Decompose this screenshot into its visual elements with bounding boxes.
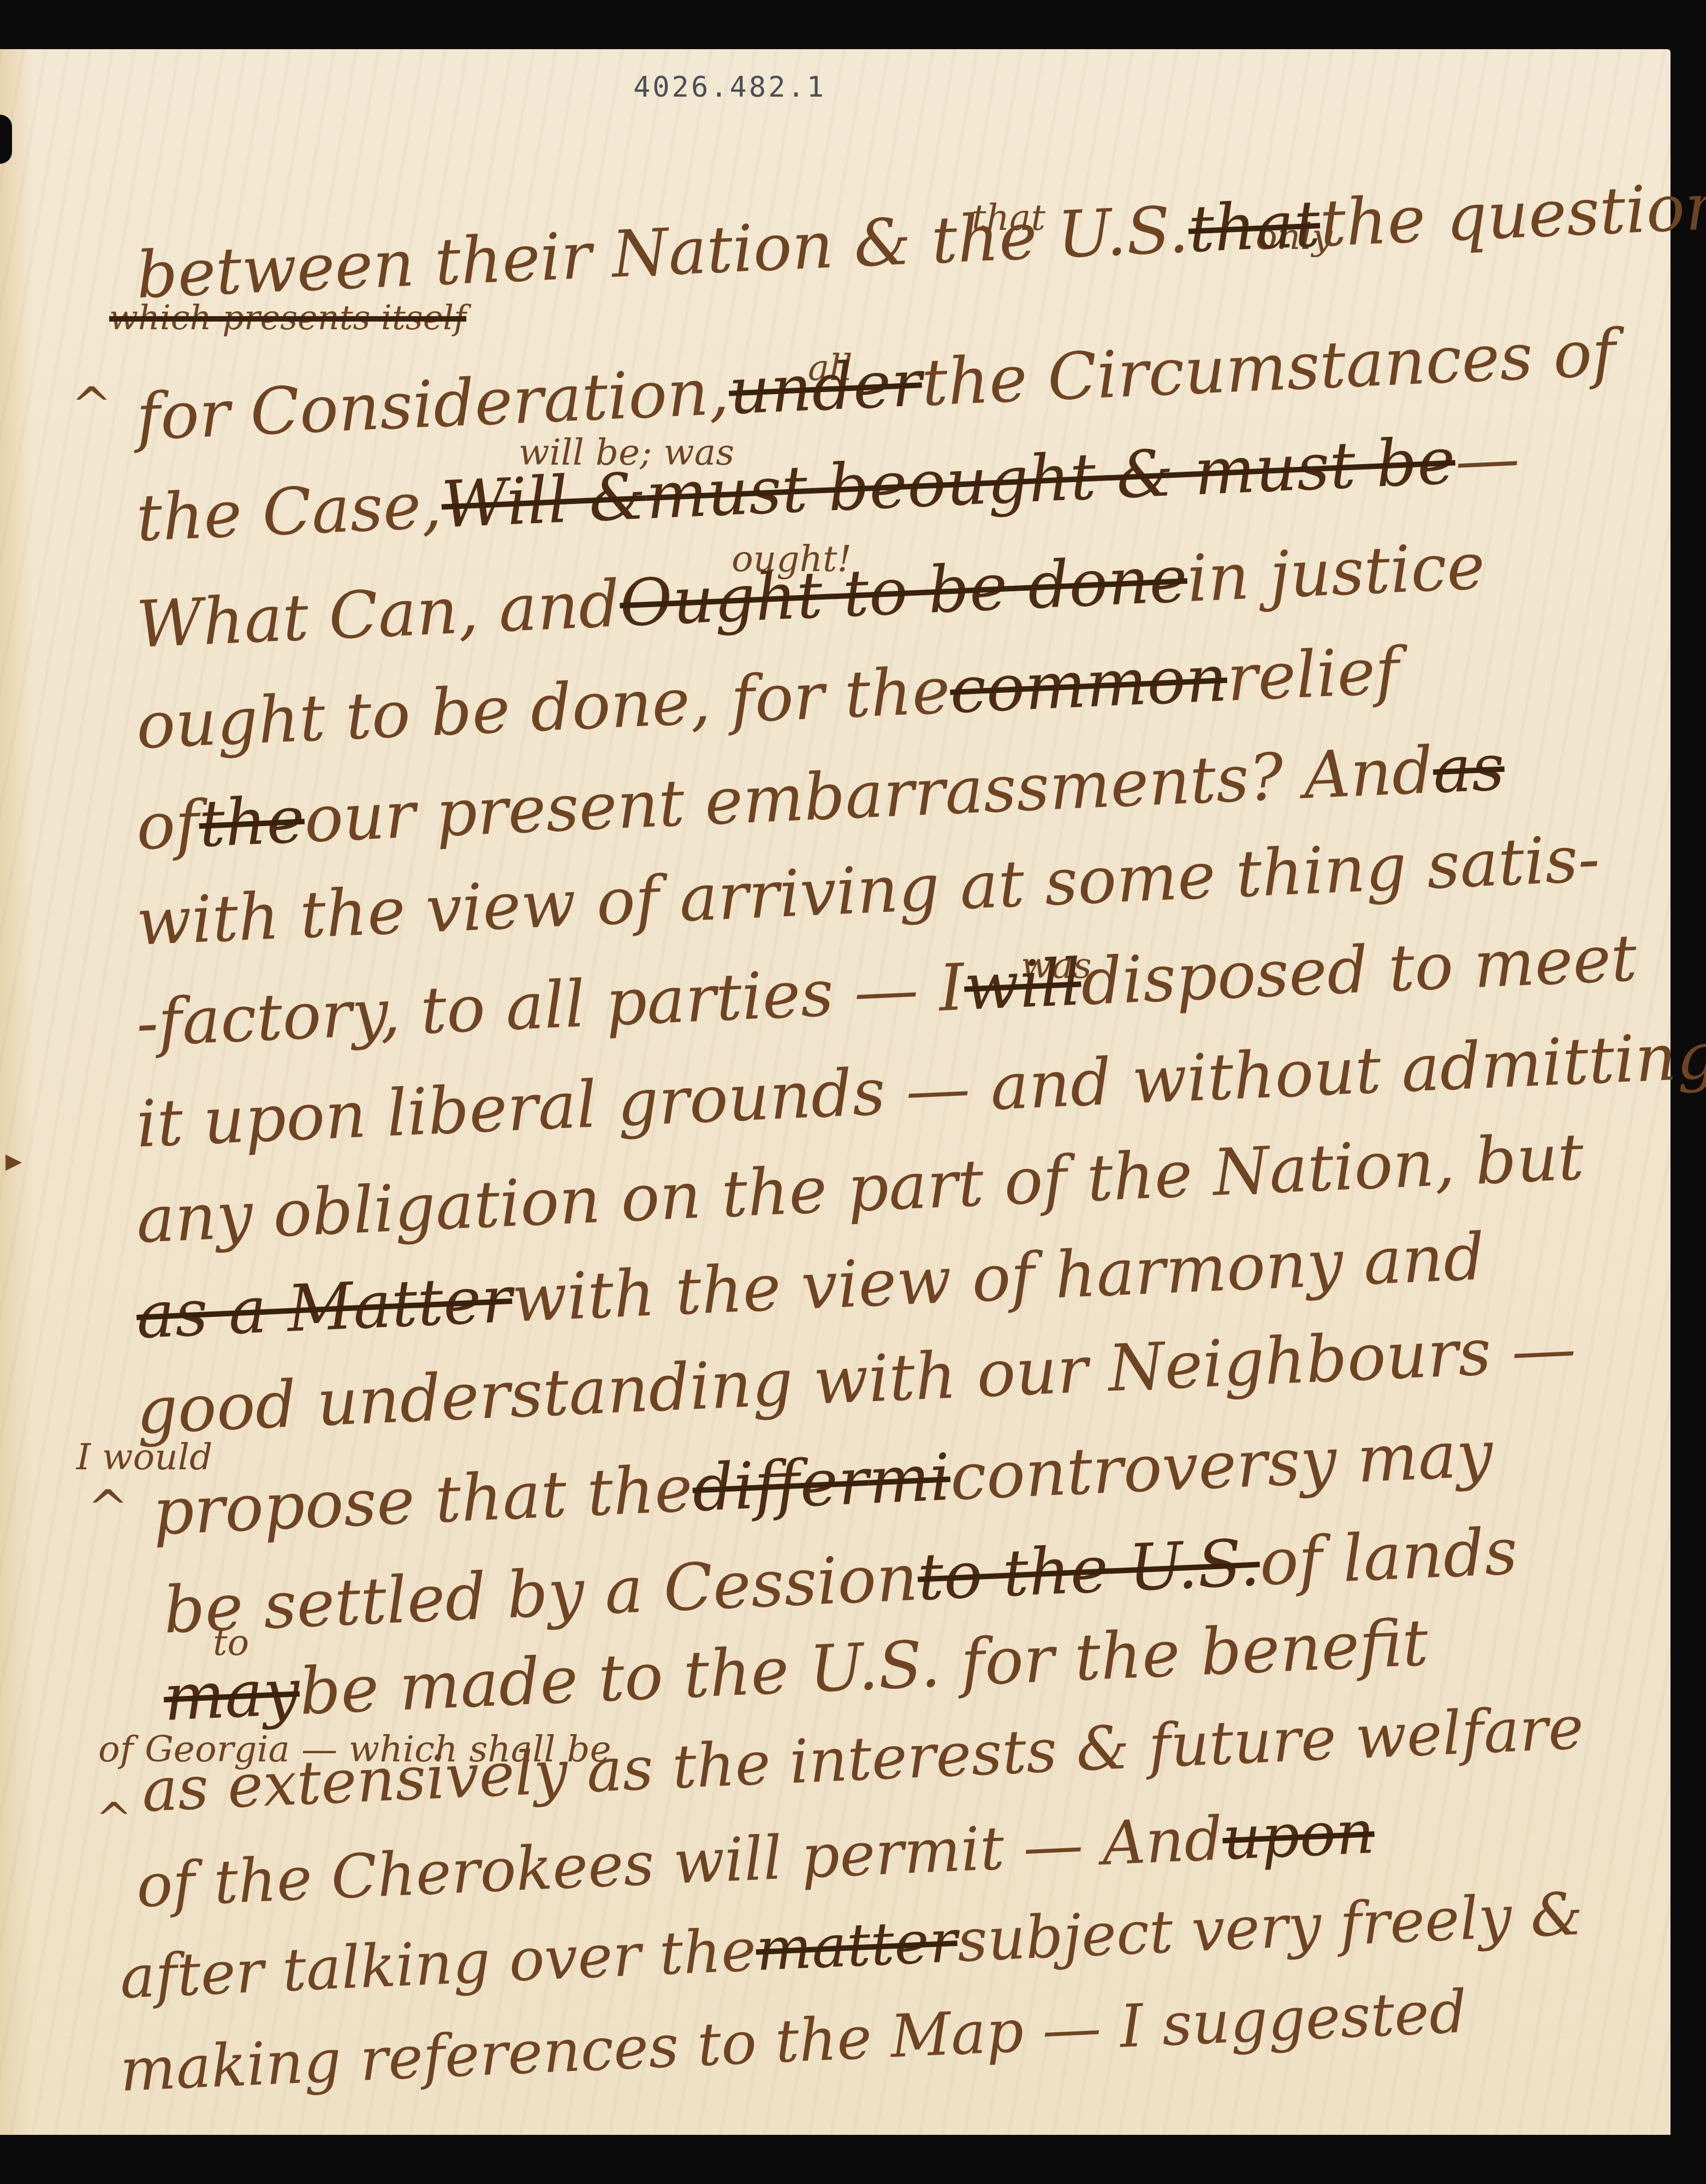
binding-hole xyxy=(0,115,12,164)
line-6-seg-a: of xyxy=(135,786,201,864)
line-13-struck-2: mi xyxy=(867,1439,952,1518)
line-8-seg-b: disposed to meet xyxy=(1079,920,1638,1019)
line-2-seg-b: the Circumstances of xyxy=(920,315,1617,420)
insertion-caret-2: ^ xyxy=(87,1480,128,1537)
line-6-struck-1: the xyxy=(198,782,306,862)
line-13-struck-1: differ xyxy=(691,1443,870,1526)
line-11-seg-b: with the view of harmony and xyxy=(510,1219,1486,1337)
line-3-struck-1: Will & xyxy=(440,458,648,542)
line-8-struck: will xyxy=(962,945,1083,1025)
insertion-caret-3: ^ xyxy=(96,1794,132,1844)
line-4-struck: Ought to be done xyxy=(618,541,1188,641)
line-5-struck: common xyxy=(948,640,1228,728)
line-14-seg-b: of lands xyxy=(1258,1514,1519,1600)
line-3-struck-2: must be xyxy=(644,447,908,533)
line-18-seg-b: subject very freely & xyxy=(956,1880,1584,1975)
line-17-struck: upon xyxy=(1221,1797,1376,1873)
line-1-seg-b: the question xyxy=(1318,168,1706,261)
line-3-seg-a: the Case, xyxy=(135,467,443,556)
line-13-seg-b: controversy may xyxy=(949,1416,1495,1515)
line-5-seg-b: relief xyxy=(1226,633,1401,716)
insertion-caret-1: ^ xyxy=(71,377,112,434)
manuscript-page: 4026.482.1 that only between their Natio… xyxy=(0,49,1671,2135)
line-3-seg-b: — xyxy=(1454,420,1521,498)
text-line-1: between their Nation & the U.S. that the… xyxy=(135,170,1671,312)
line-13-seg-a: propose that the xyxy=(151,1451,694,1550)
margin-mark-1: ▸ xyxy=(5,1141,22,1179)
line-18-seg-a: after talking over the xyxy=(118,1916,757,2012)
line-2-struck: under xyxy=(727,345,923,429)
line-15-struck: may xyxy=(162,1654,301,1735)
line-1-seg-a: between their Nation & the U.S. xyxy=(135,192,1190,313)
line-11-struck: as a Matter xyxy=(135,1261,514,1353)
line-4-seg-a: What Can, and xyxy=(135,566,621,662)
line-6-struck-2: as xyxy=(1431,729,1506,808)
catalog-number: 4026.482.1 xyxy=(633,71,826,104)
line-8-seg-a: -factory, to all parties — I xyxy=(135,949,966,1061)
struck-which-presents-itself: which presents itself xyxy=(109,298,466,337)
line-4-seg-b: in justice xyxy=(1186,528,1487,616)
line-5-seg-a: ought to be done, for the xyxy=(135,652,952,763)
line-1-struck: that xyxy=(1187,186,1322,266)
interlinear-i-would: I would xyxy=(76,1436,212,1478)
line-14-struck: to the U.S. xyxy=(916,1524,1261,1615)
line-18-struck: matter xyxy=(754,1907,959,1984)
line-3-struck-3: ought & must be xyxy=(906,423,1457,523)
